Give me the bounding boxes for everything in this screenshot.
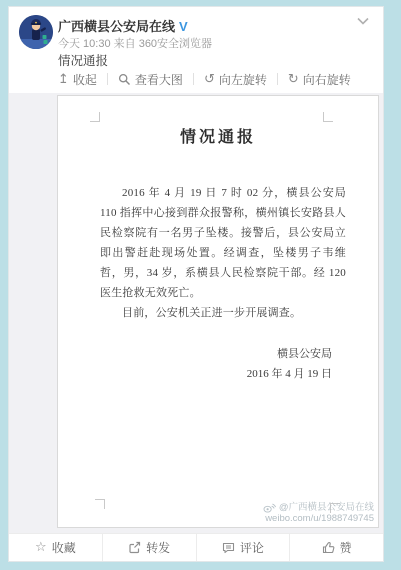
document-paragraph: 目前，公安机关正进一步开展调查。 xyxy=(100,303,346,323)
document-signature-block: 横县公安局 2016 年 4 月 19 日 xyxy=(100,344,332,384)
avatar[interactable] xyxy=(19,15,53,49)
rotate-right-label: 向右旋转 xyxy=(303,71,351,88)
view-large-image-button[interactable]: 查看大图 xyxy=(118,71,183,88)
post-action-bar: ☆ 收藏 转发 评论 赞 xyxy=(9,533,383,561)
weibo-watermark: @广西横县公安局在线 weibo.com/u/1988749745 xyxy=(263,502,374,524)
username-row[interactable]: 广西横县公安局在线V xyxy=(58,16,188,35)
police-avatar-image xyxy=(19,15,53,49)
like-label: 赞 xyxy=(340,539,352,556)
collapse-button[interactable]: ↥ 收起 xyxy=(58,71,97,88)
magnifier-icon xyxy=(118,73,131,86)
favorite-button[interactable]: ☆ 收藏 xyxy=(9,534,102,561)
like-button[interactable]: 赞 xyxy=(289,534,383,561)
thumbs-up-icon xyxy=(322,541,335,554)
repost-button[interactable]: 转发 xyxy=(102,534,196,561)
comment-label: 评论 xyxy=(240,539,264,556)
watermark-url: weibo.com/u/1988749745 xyxy=(263,513,374,524)
image-toolbar: ↥ 收起 查看大图 ↺ 向左旋转 ↻ 向右旋转 xyxy=(58,67,351,91)
comment-icon xyxy=(222,541,235,554)
rotate-left-icon: ↺ xyxy=(204,72,215,87)
page-corner-mark xyxy=(323,112,333,122)
favorite-label: 收藏 xyxy=(52,539,76,556)
notice-document-image[interactable]: 情况通报 2016 年 4 月 19 日 7 时 02 分，横县公安局 110 … xyxy=(57,95,379,528)
comment-button[interactable]: 评论 xyxy=(196,534,290,561)
page-corner-mark xyxy=(95,499,105,509)
rotate-right-icon: ↻ xyxy=(288,72,299,87)
toolbar-divider xyxy=(277,73,278,85)
collapse-label: 收起 xyxy=(73,71,97,88)
star-icon: ☆ xyxy=(35,540,47,555)
rotate-left-button[interactable]: ↺ 向左旋转 xyxy=(204,71,267,88)
toolbar-divider xyxy=(193,73,194,85)
watermark-account: @广西横县公安局在线 xyxy=(279,502,374,513)
chevron-down-icon[interactable] xyxy=(357,17,371,27)
collapse-icon: ↥ xyxy=(58,72,69,87)
signature-issuer: 横县公安局 xyxy=(100,344,332,364)
post-timestamp[interactable]: 今天 10:30 来自 360安全浏览器 xyxy=(58,35,212,51)
signature-date: 2016 年 4 月 19 日 xyxy=(100,364,332,384)
repost-label: 转发 xyxy=(146,539,170,556)
document-title: 情况通报 xyxy=(58,124,378,147)
page-corner-mark xyxy=(90,112,100,122)
image-viewer-area: 情况通报 2016 年 4 月 19 日 7 时 02 分，横县公安局 110 … xyxy=(9,93,383,533)
document-body: 2016 年 4 月 19 日 7 时 02 分，横县公安局 110 指挥中心接… xyxy=(100,183,346,323)
repost-icon xyxy=(128,541,141,554)
verified-badge-icon: V xyxy=(179,19,188,34)
toolbar-divider xyxy=(107,73,108,85)
rotate-left-label: 向左旋转 xyxy=(219,71,267,88)
view-large-image-label: 查看大图 xyxy=(135,71,183,88)
weibo-post-card: 广西横县公安局在线V 今天 10:30 来自 360安全浏览器 情况通报 ↥ 收… xyxy=(8,6,384,562)
username[interactable]: 广西横县公安局在线 xyxy=(58,19,175,34)
rotate-right-button[interactable]: ↻ 向右旋转 xyxy=(288,71,351,88)
document-paragraph: 2016 年 4 月 19 日 7 时 02 分，横县公安局 110 指挥中心接… xyxy=(100,183,346,303)
weibo-logo-icon xyxy=(263,503,276,513)
